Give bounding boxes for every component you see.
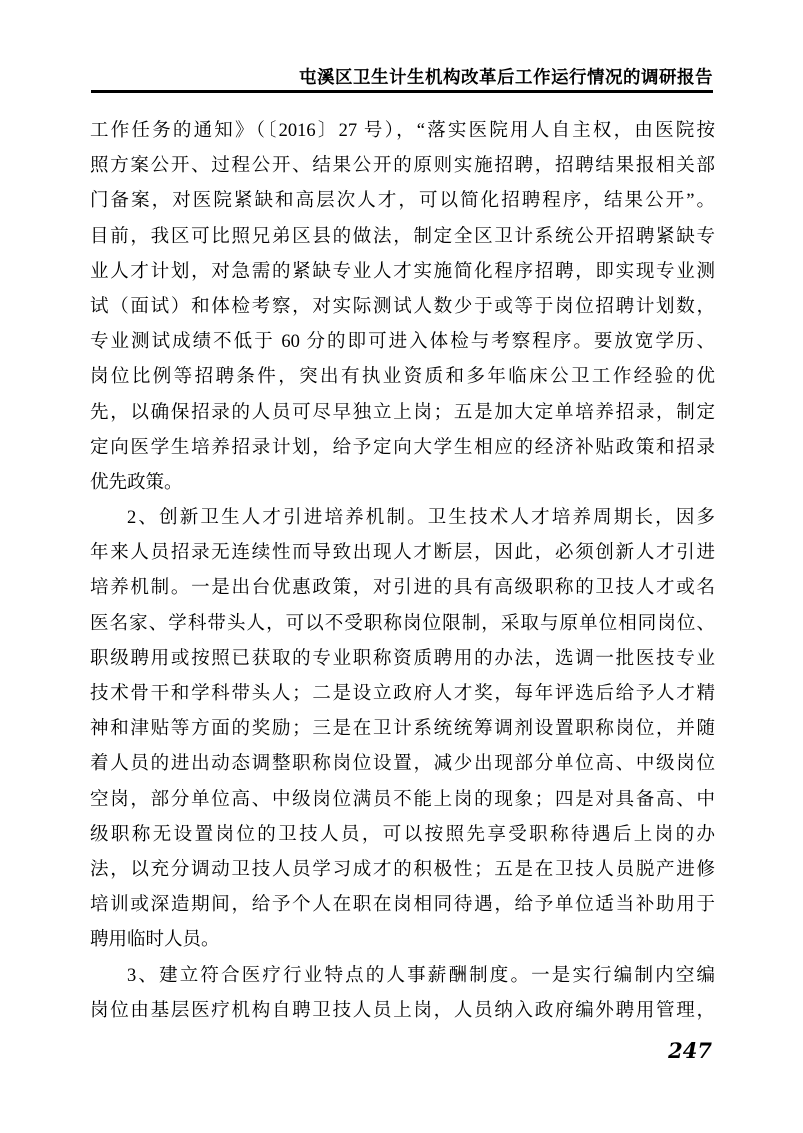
text-line: 聘用临时人员。 — [90, 923, 715, 958]
text-line: 工作任务的通知》（〔2016〕27 号），“落实医院用人自主权，由医院按 — [90, 114, 715, 149]
text-line: 2、创新卫生人才引进培养机制。卫生技术人才培养周期长，因多 — [90, 501, 715, 536]
document-page: 屯溪区卫生计生机构改革后工作运行情况的调研报告 工作任务的通知》（〔2016〕2… — [0, 0, 803, 1133]
text-line: 3、建立符合医疗行业特点的人事薪酬制度。一是实行编制内空编 — [90, 959, 715, 994]
text-line: 定向医学生培养招录计划，给予定向大学生相应的经济补贴政策和招录 — [90, 431, 715, 466]
text-line: 培训或深造期间，给予个人在职在岗相同待遇，给予单位适当补助用于 — [90, 888, 715, 923]
text-line: 优先政策。 — [90, 466, 715, 501]
text-line: 岗位由基层医疗机构自聘卫技人员上岗，人员纳入政府编外聘用管理， — [90, 994, 715, 1029]
text-line: 职级聘用或按照已获取的专业职称资质聘用的办法，选调一批医技专业 — [90, 642, 715, 677]
text-line: 神和津贴等方面的奖励；三是在卫计系统统筹调剂设置职称岗位，并随 — [90, 712, 715, 747]
paragraph: 3、建立符合医疗行业特点的人事薪酬制度。一是实行编制内空编岗位由基层医疗机构自聘… — [90, 959, 715, 1029]
text-line: 专业测试成绩不低于 60 分的即可进入体检与考察程序。要放宽学历、 — [90, 325, 715, 360]
text-line: 试（面试）和体检考察，对实际测试人数少于或等于岗位招聘计划数， — [90, 290, 715, 325]
text-line: 培养机制。一是出台优惠政策，对引进的具有高级职称的卫技人才或名 — [90, 571, 715, 606]
running-header-title: 屯溪区卫生计生机构改革后工作运行情况的调研报告 — [299, 64, 713, 89]
paragraph: 2、创新卫生人才引进培养机制。卫生技术人才培养周期长，因多年来人员招录无连续性而… — [90, 501, 715, 958]
text-line: 医名家、学科带头人，可以不受职称岗位限制，采取与原单位相同岗位、 — [90, 607, 715, 642]
text-line: 岗位比例等招聘条件，突出有执业资质和多年临床公卫工作经验的优 — [90, 360, 715, 395]
page-number: 247 — [668, 1038, 712, 1063]
paragraph: 工作任务的通知》（〔2016〕27 号），“落实医院用人自主权，由医院按照方案公… — [90, 114, 715, 501]
text-line: 法，以充分调动卫技人员学习成才的积极性；五是在卫技人员脱产进修 — [90, 853, 715, 888]
text-line: 着人员的进出动态调整职称岗位设置，减少出现部分单位高、中级岗位 — [90, 747, 715, 782]
text-line: 级职称无设置岗位的卫技人员，可以按照先享受职称待遇后上岗的办 — [90, 818, 715, 853]
text-line: 先，以确保招录的人员可尽早独立上岗；五是加大定单培养招录，制定 — [90, 396, 715, 431]
document-body: 工作任务的通知》（〔2016〕27 号），“落实医院用人自主权，由医院按照方案公… — [90, 114, 715, 1029]
text-line: 业人才计划，对急需的紧缺专业人才实施简化程序招聘，即实现专业测 — [90, 255, 715, 290]
text-line: 技术骨干和学科带头人；二是设立政府人才奖，每年评选后给予人才精 — [90, 677, 715, 712]
header-rule — [91, 90, 713, 93]
text-line: 空岗，部分单位高、中级岗位满员不能上岗的现象；四是对具备高、中 — [90, 783, 715, 818]
text-line: 目前，我区可比照兄弟区县的做法，制定全区卫计系统公开招聘紧缺专 — [90, 220, 715, 255]
text-line: 年来人员招录无连续性而导致出现人才断层，因此，必须创新人才引进 — [90, 536, 715, 571]
text-line: 门备案，对医院紧缺和高层次人才，可以简化招聘程序，结果公开”。 — [90, 184, 715, 219]
text-line: 照方案公开、过程公开、结果公开的原则实施招聘，招聘结果报相关部 — [90, 149, 715, 184]
